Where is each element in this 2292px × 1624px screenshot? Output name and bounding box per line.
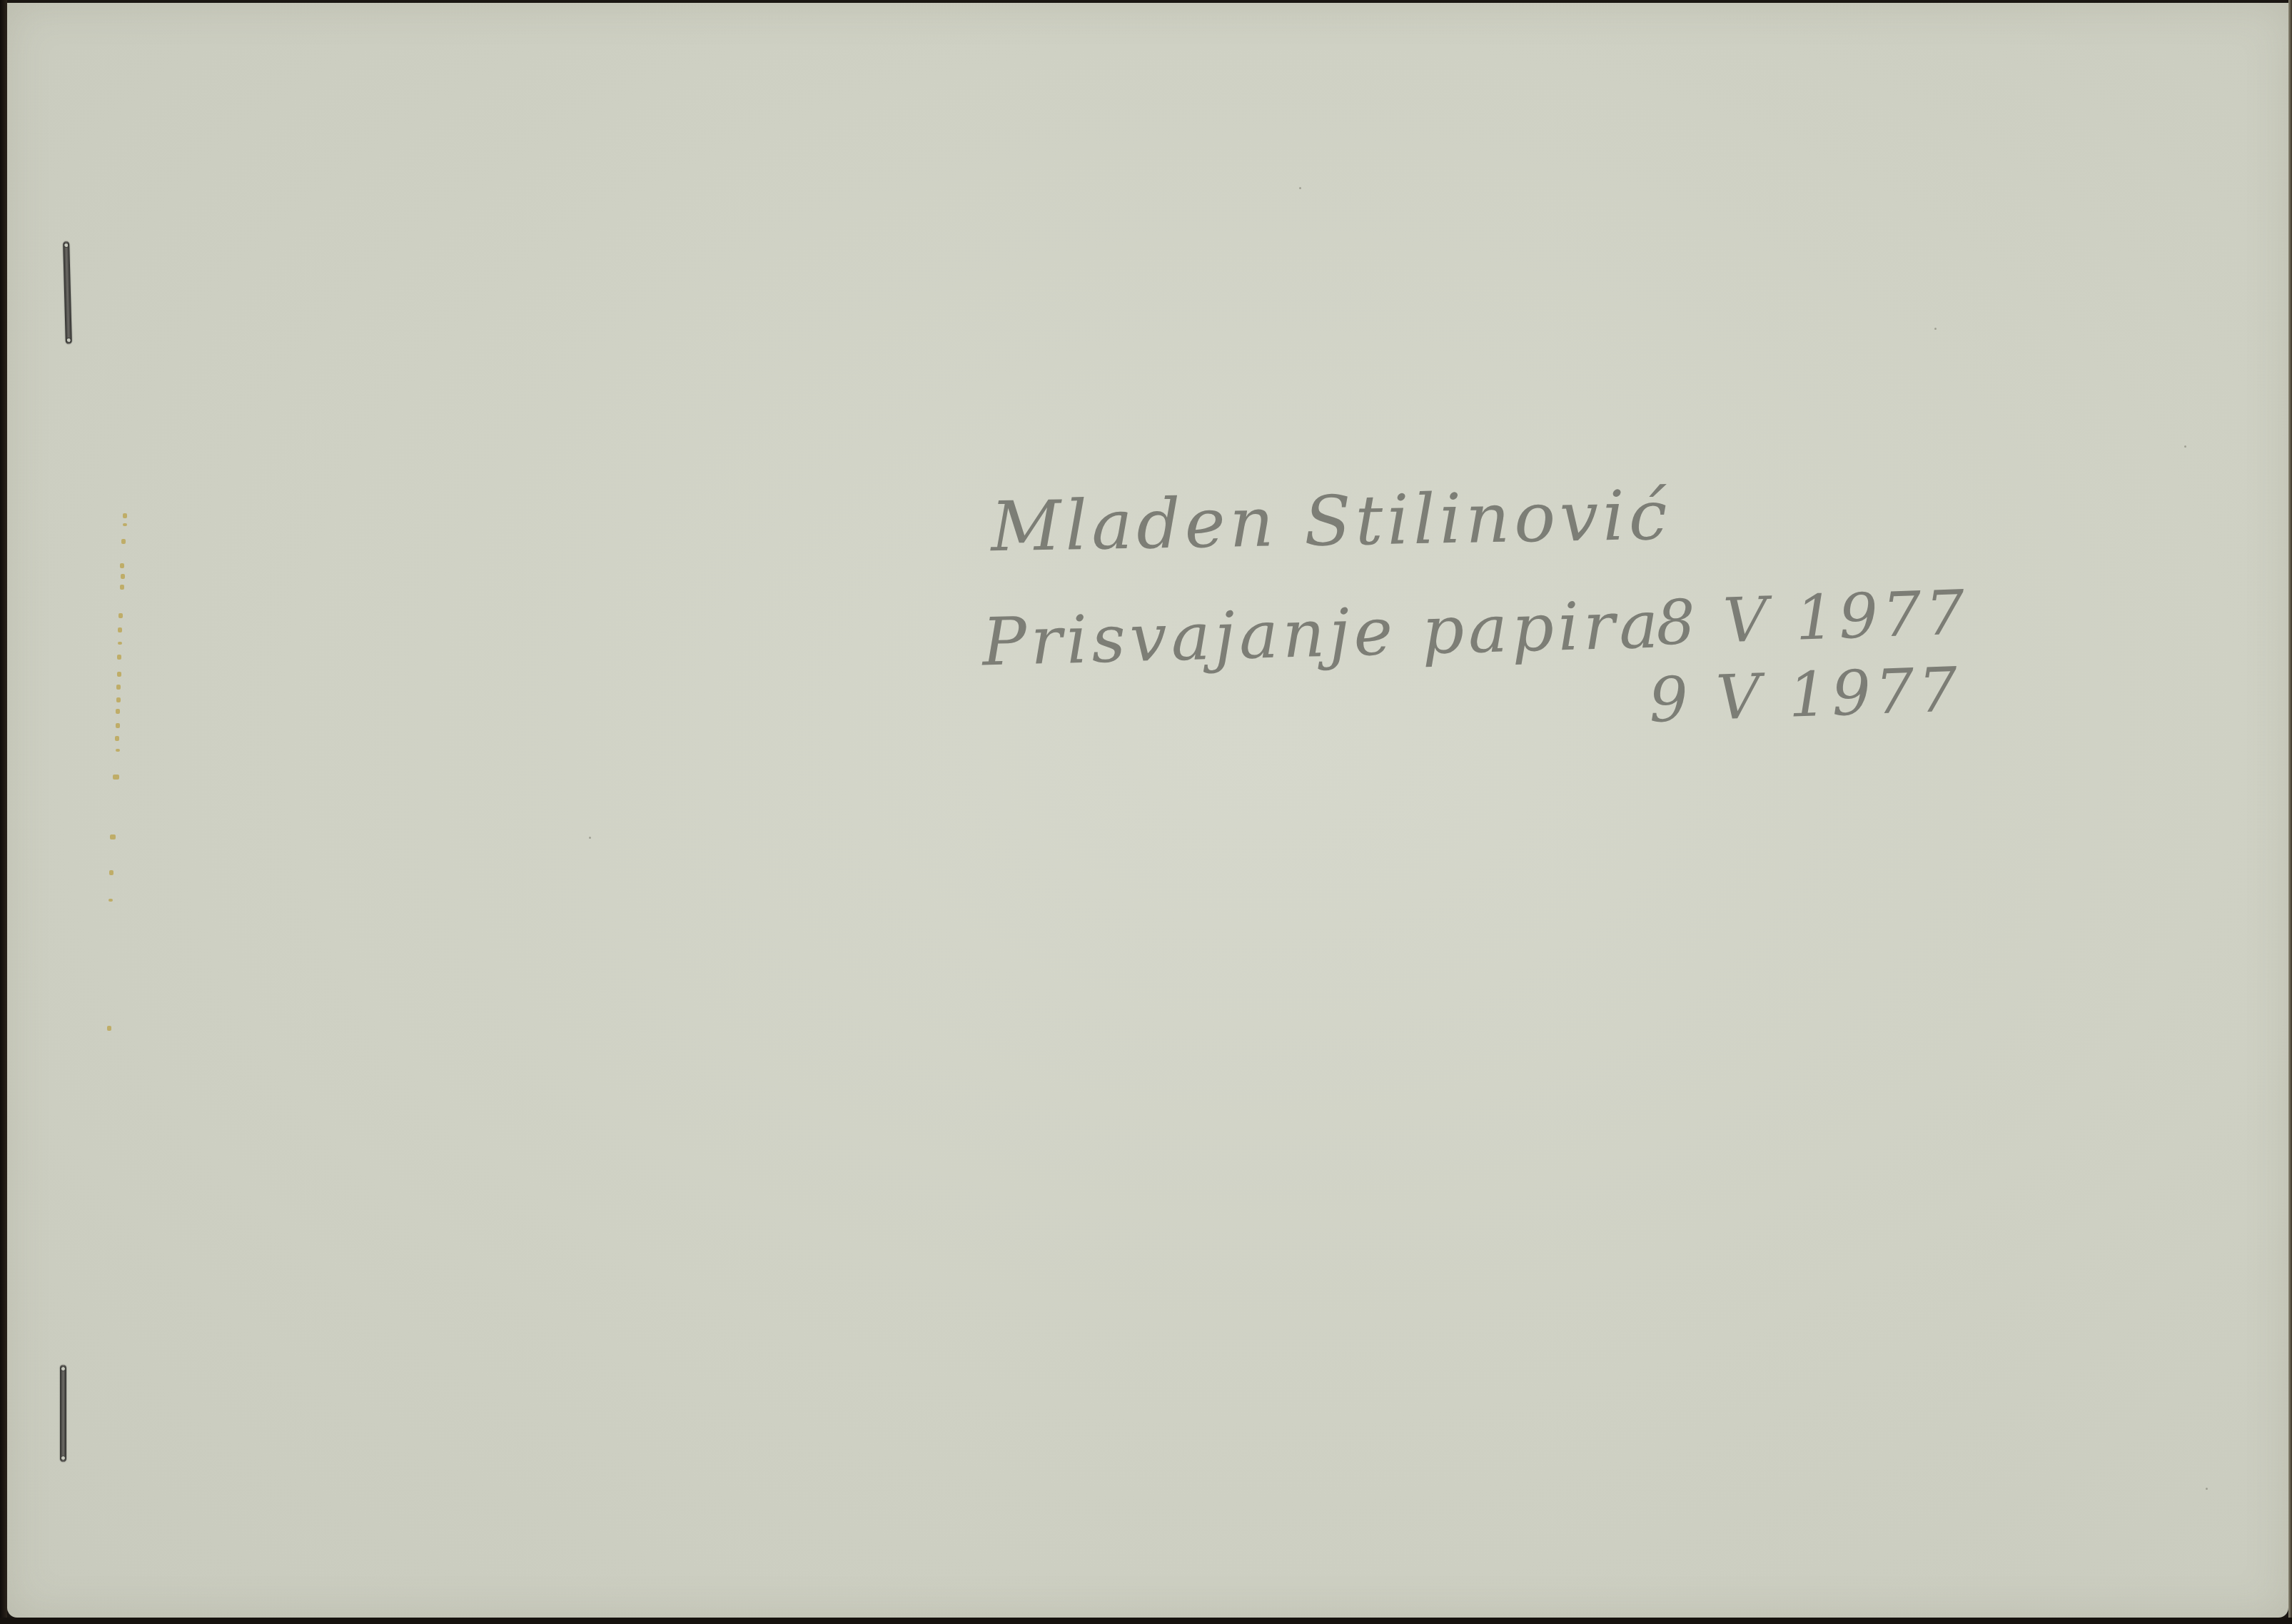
handwritten-title: Prisvajanje papira xyxy=(981,587,1664,681)
booklet-cover: Mladen Stilinović Prisvajanje papira 8 V… xyxy=(7,3,2288,1618)
right-edge xyxy=(2288,0,2292,1624)
handwritten-artist-name: Mladen Stilinović xyxy=(990,475,1672,568)
binding-stitch-marks xyxy=(91,513,134,1056)
staple-bottom-icon xyxy=(60,1365,66,1462)
paper-speck xyxy=(1934,328,1937,330)
spine-edge xyxy=(0,0,7,1624)
paper-speck xyxy=(1299,187,1301,189)
paper-speck xyxy=(589,837,591,839)
paper-speck xyxy=(2206,1488,2208,1490)
bottom-edge xyxy=(0,1618,2292,1624)
staple-top-icon xyxy=(63,241,72,344)
handwritten-date-end: 9 V 1977 xyxy=(1647,654,1963,736)
paper-speck xyxy=(2184,445,2186,448)
handwritten-date-start: 8 V 1977 xyxy=(1655,577,1970,659)
